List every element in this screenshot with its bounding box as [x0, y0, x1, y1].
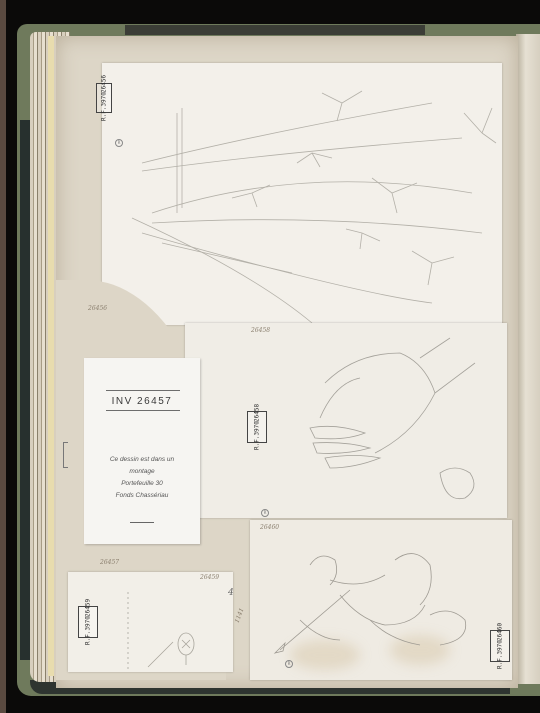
stamp-line: 26456 [101, 75, 108, 93]
stamp-line: 26458 [254, 404, 261, 422]
page-annotation-small: 26457 [100, 559, 119, 566]
page-annotation-cutout: 26456 [88, 305, 107, 312]
hand-sketch-icon [185, 323, 507, 518]
collector-mark: R [285, 660, 293, 668]
scan-border [0, 0, 6, 713]
inventory-annotation: 26460 [260, 524, 279, 531]
stamp-line: 26460 [497, 623, 504, 641]
label-rule [106, 390, 180, 391]
collection-stamp: R.F.3970 26460 [490, 630, 510, 662]
flower-sketch-icon [102, 63, 502, 325]
collection-stamp: R.F.3970 26459 [78, 606, 98, 638]
collection-stamp: R.F.3970 26456 [96, 83, 112, 113]
note-line: montage [90, 466, 194, 478]
label-rule [106, 410, 180, 411]
signature-line [130, 522, 154, 523]
page-stack-leaf [48, 36, 54, 676]
note-line: Ce dessin est dans un [90, 454, 194, 466]
note-line: Portefeuille 30 [90, 478, 194, 490]
stamp-line: R.F.3970 [101, 93, 108, 122]
page-right-edge [516, 34, 540, 684]
stamp-line: 26459 [85, 599, 92, 617]
collection-stamp: R.F.3970 26458 [247, 411, 267, 443]
inventory-annotation: 26458 [251, 327, 270, 334]
drawing-small-sketch[interactable]: 26459 4 R.F.3970 26459 [68, 572, 233, 672]
inventory-annotation: 26459 [200, 574, 219, 581]
cover-top-strip [125, 25, 425, 35]
drawing-hand[interactable]: 26458 R.F.3970 26458 R [185, 323, 507, 518]
drawing-flowers[interactable]: R.F.3970 26456 R [102, 63, 502, 325]
stamp-line: R.F.3970 [254, 422, 261, 451]
inventory-label-card: INV 26457 Ce dessin est dans un montage … [84, 358, 200, 544]
drawing-kneeling-figure[interactable]: 26460 R.F.3970 26460 R [250, 520, 512, 680]
figure-sketch-icon [250, 520, 512, 680]
note-line: Fonds Chassériau [90, 490, 194, 502]
collector-mark: R [261, 509, 269, 517]
number-mark: 4 [228, 588, 234, 598]
stamp-line: R.F.3970 [85, 617, 92, 646]
label-note: Ce dessin est dans un montage Portefeuil… [90, 454, 194, 502]
inventory-number: INV 26457 [84, 396, 200, 407]
margin-bracket [63, 442, 68, 468]
collector-mark: R [115, 139, 123, 147]
stamp-line: R.F.3970 [497, 641, 504, 670]
